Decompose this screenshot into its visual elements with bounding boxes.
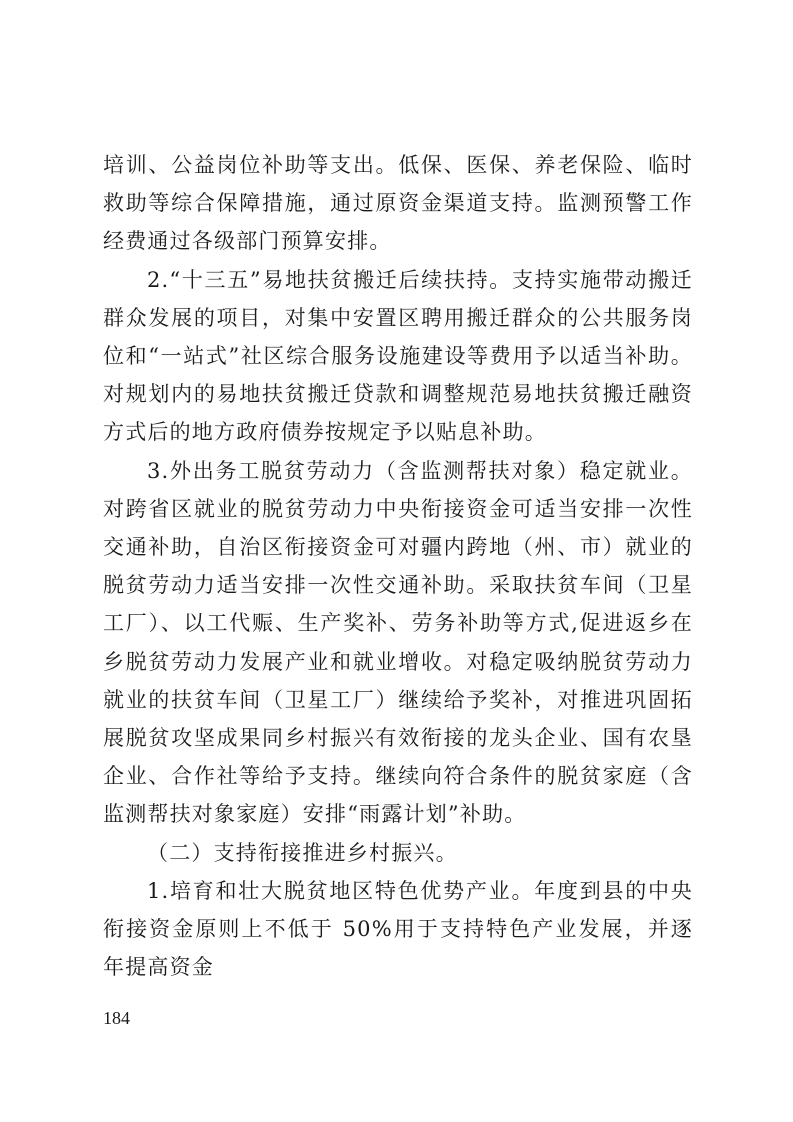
document-body: 培训、公益岗位补助等支出。低保、医保、养老保险、临时救助等综合保障措施，通过原资…	[103, 146, 693, 986]
page-number: 184	[103, 1008, 130, 1029]
paragraph-3: 3.外出务工脱贫劳动力（含监测帮扶对象）稳定就业。对跨省区就业的脱贫劳动力中央衔…	[103, 452, 693, 834]
paragraph-1: 培训、公益岗位补助等支出。低保、医保、养老保险、临时救助等综合保障措施，通过原资…	[103, 146, 693, 261]
paragraph-2: 2.“十三五”易地扶贫搬迁后续扶持。支持实施带动搬迁群众发展的项目，对集中安置区…	[103, 261, 693, 452]
section-heading: （二）支持衔接推进乡村振兴。	[103, 834, 693, 872]
paragraph-4: 1.培育和壮大脱贫地区特色优势产业。年度到县的中央衔接资金原则上不低于 50%用…	[103, 872, 693, 987]
